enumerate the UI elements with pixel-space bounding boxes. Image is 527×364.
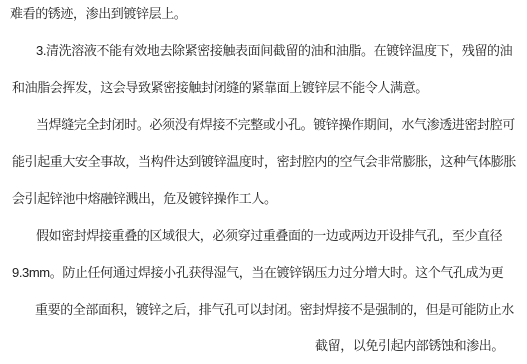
text-line: 重要的全部面积，镀锌之后，排气孔可以封闭。密封焊接不是强制的，但是可能防止水 (35, 301, 514, 318)
text-line: 难看的锈迹，渗出到镀锌层上。 (10, 5, 186, 22)
text-line: 和油脂会挥发，这会导致紧密接触封闭缝的紧靠面上镀锌层不能令人满意。 (12, 79, 428, 96)
text-line: 3.清洗溶液不能有效地去除紧密接触表面间截留的油和油脂。在镀锌温度下，残留的油 (36, 42, 512, 59)
text-line: 9.3mm。防止任何通过焊接小孔获得湿气，当在镀锌锅压力过分增大时。这个气孔成为… (12, 264, 503, 281)
text-line: 会引起锌池中熔融锌溅出，危及镀锌操作工人。 (12, 190, 277, 207)
text-line: 当焊缝完全封闭时。必须没有焊接不完整或小孔。镀锌操作期间，水气渗透进密封腔可 (36, 116, 515, 133)
text-line: 截留，以免引起内部锈蚀和渗出。 (315, 337, 504, 354)
text-line: 能引起重大安全事故，当构件达到镀锌温度时，密封腔内的空气会非常膨胀，这种气体膨胀 (12, 153, 516, 170)
document-page: 难看的锈迹，渗出到镀锌层上。 3.清洗溶液不能有效地去除紧密接触表面间截留的油和… (0, 0, 527, 364)
text-line: 假如密封焊接重叠的区域很大，必须穿过重叠面的一边或两边开设排气孔，至少直径 (36, 227, 502, 244)
